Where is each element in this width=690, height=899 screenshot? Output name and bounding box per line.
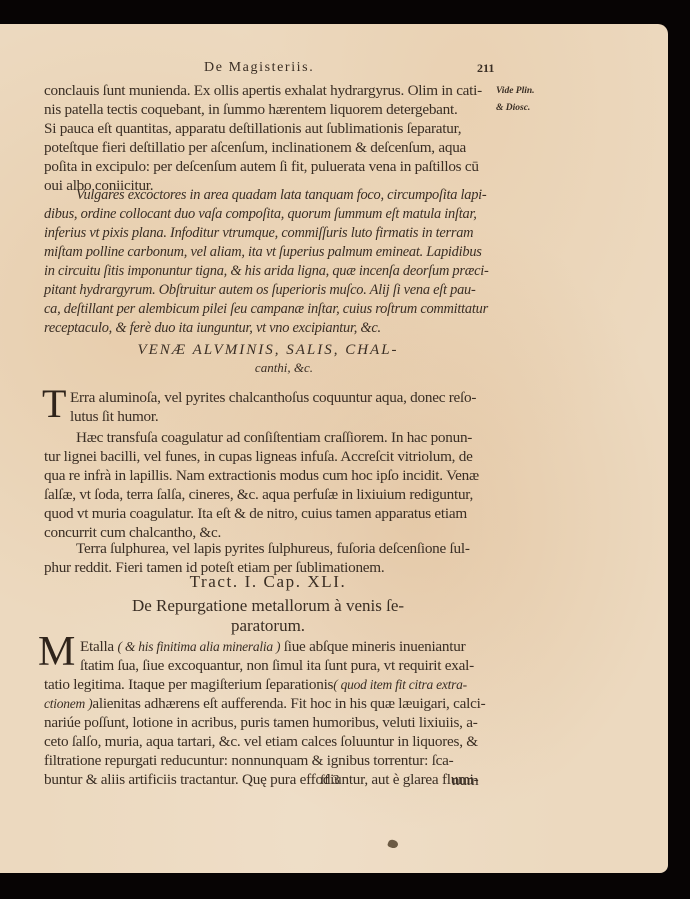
text-line: buntur & aliis artificiis tractantur. Qu… [44, 770, 478, 789]
text-line: Vulgares excoctores in area quadam lata … [76, 186, 486, 205]
text-line: dibus, ordine collocant duo vaſa compoſi… [44, 205, 477, 224]
text-run: Etalla [80, 638, 117, 655]
marginal-note-line-1: Vide Plin. [496, 86, 535, 96]
text-line: nariúe poſſunt, lotione in acribus, puri… [44, 713, 478, 732]
text-line: in circuitu ſitis imponuntur tigna, & hi… [44, 262, 489, 281]
text-line: inferius vt pixis plana. Infoditur vtrum… [44, 224, 473, 243]
text-line: quod vt muria coagulatur. Ita eſt & de n… [44, 504, 467, 523]
section-heading: VENÆ ALVMINIS, SALIS, CHAL- [44, 342, 492, 359]
chapter-title-line-1: De Repurgatione metallorum à venis ſe- [44, 596, 492, 616]
text-line: ca, deſtillant per alembicum pilei ſeu c… [44, 300, 488, 319]
drop-cap-m: M [38, 632, 75, 672]
text-line: tur lignei bacilli, vel funes, in cupas … [44, 447, 473, 466]
text-line: Erra aluminoſa, vel pyrites chalcanthoſu… [70, 388, 476, 407]
book-page: De Magisteriis. 211 Vide Plin. & Diosc. … [0, 24, 668, 873]
text-line: Hæc transfuſa coagulatur ad conſiſtentia… [76, 428, 472, 447]
text-line: Terra ſulphurea, vel lapis pyrites ſulph… [76, 539, 470, 558]
text-line: miſtam polline carbonum, vel aliam, ita … [44, 243, 482, 262]
drop-cap-t: T [42, 384, 66, 424]
text-line: conclauis ſunt munienda. Ex ollis aperti… [44, 81, 482, 100]
text-run: alienitas adhærens eſt aufferenda. Fit h… [92, 695, 485, 712]
text-line: Etalla ( & his finitima alia mineralia )… [80, 637, 465, 656]
text-line: tatio legitima. Itaque per magiſterium ſ… [44, 675, 467, 694]
text-line: receptaculo, & ferè duo ita iunguntur, v… [44, 319, 381, 338]
chapter-title-line-2: paratorum. [44, 616, 492, 636]
running-head: De Magisteriis. [204, 60, 314, 76]
paper-stain [387, 839, 399, 850]
text-line: ſtatim ſua, ſiue excoquantur, non ſimul … [80, 656, 474, 675]
text-line: ſalſæ, vt ſoda, terra ſalſa, cineres, &c… [44, 485, 473, 504]
marginal-note-line-2: & Diosc. [496, 103, 530, 113]
text-line: pitant hydrargyrum. Obſtruitur autem os … [44, 281, 476, 300]
text-run: tatio legitima. Itaque per magiſterium ſ… [44, 676, 333, 693]
text-line: ceto ſalſo, muria, aqua tartari, &c. vel… [44, 732, 478, 751]
text-run: ſiue abſque mineris inueniantur [280, 638, 465, 655]
text-line: lutus ſit humor. [70, 407, 158, 426]
text-line: nis patella tectis coquebant, in ſummo h… [44, 100, 458, 119]
text-line: poſita in excipulo: per deſcenſum autem … [44, 157, 479, 176]
italic-run: ctionem ) [44, 696, 92, 711]
text-line: poteſtque fieri deſtillatio per aſcenſum… [44, 138, 466, 157]
italic-run: ( quod item fit citra extra- [333, 677, 467, 692]
text-line: Si pauca eſt quantitas, apparatu deſtill… [44, 119, 461, 138]
text-line: qua re infrà in lapillis. Nam extraction… [44, 466, 479, 485]
section-heading-cont: canthi, &c. [60, 360, 508, 376]
text-line: ctionem )alienitas adhærens eſt aufferen… [44, 694, 485, 713]
italic-run: ( & his finitima alia mineralia ) [117, 639, 280, 654]
catchword: num [452, 773, 479, 790]
signature-mark: ff 3 [320, 773, 340, 789]
chapter-heading: Tract. I. Cap. XLI. [44, 572, 492, 592]
page-number: 211 [477, 61, 494, 76]
text-line: filtratione repurgati reducuntur: nonnun… [44, 751, 453, 770]
